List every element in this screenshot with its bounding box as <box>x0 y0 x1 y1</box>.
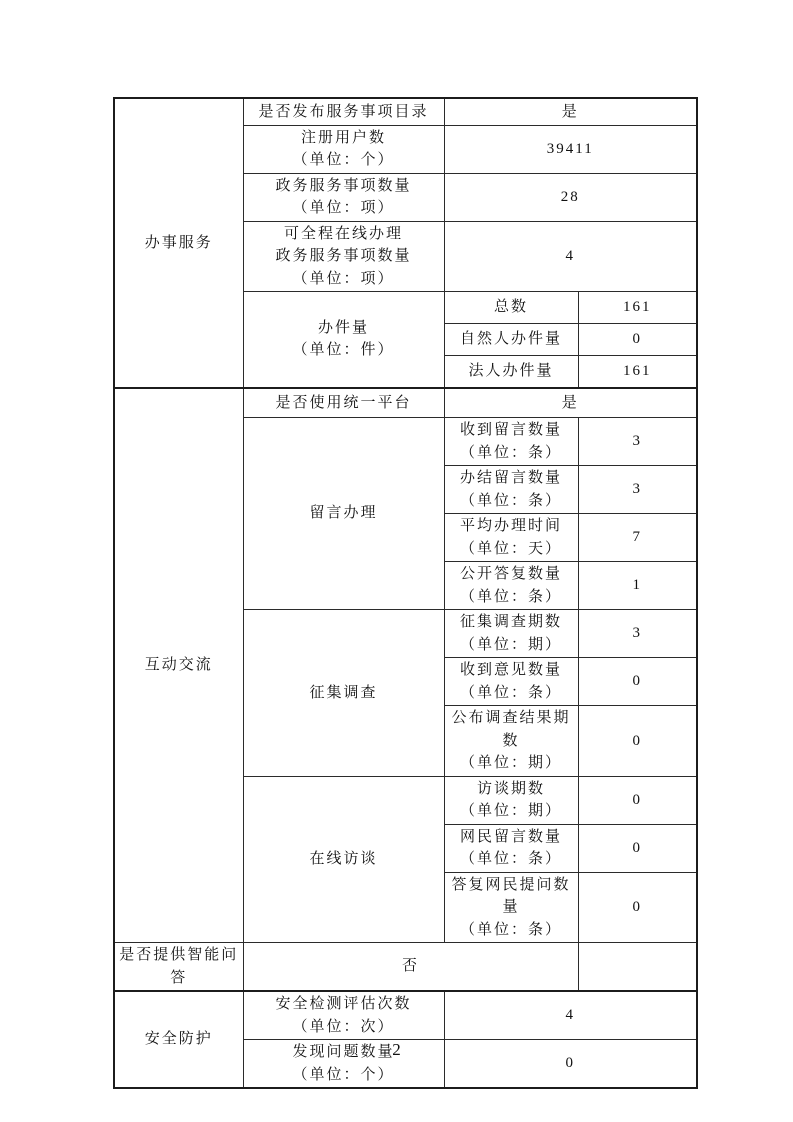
subitem-label: 征集调查期数 <box>447 611 576 634</box>
item-label: 注册用户数 <box>246 127 442 150</box>
item-label-cell: 征集调查 <box>243 610 444 777</box>
item-label: 是否发布服务事项目录 <box>246 101 442 124</box>
item-label-cell: 留言办理 <box>243 418 444 610</box>
subitem-value-cell: 0 <box>578 658 697 706</box>
subitem-label: 网民留言数量 <box>447 826 576 849</box>
subitem-unit: （单位：期） <box>447 752 576 775</box>
subitem-label: 收到意见数量 <box>447 659 576 682</box>
item-label-cell: 是否使用统一平台 <box>243 388 444 418</box>
subitem-label-cell: 总数 <box>444 292 578 324</box>
subitem-label: 平均办理时间 <box>447 515 576 538</box>
subitem-value-cell: 3 <box>578 466 697 514</box>
item-unit: （单位：次） <box>246 1016 442 1039</box>
subitem-value-cell: 3 <box>578 418 697 466</box>
subitem-label: 答复网民提问数量 <box>447 874 576 919</box>
item-label-cell: 政务服务事项数量 （单位：项） <box>243 173 444 221</box>
item-label: 政务服务事项数量 <box>246 175 442 198</box>
item-label-cell: 是否发布服务事项目录 <box>243 98 444 125</box>
subitem-label: 公布调查结果期数 <box>447 707 576 752</box>
subitem-value-cell: 0 <box>578 706 697 777</box>
item-label: 在线访谈 <box>246 848 442 871</box>
item-unit: （单位：项） <box>246 268 442 291</box>
subitem-label: 法人办件量 <box>447 360 576 383</box>
subitem-label-cell: 答复网民提问数量 （单位：条） <box>444 872 578 943</box>
subitem-label-cell: 网民留言数量 （单位：条） <box>444 824 578 872</box>
item-label: 可全程在线办理 <box>246 223 442 246</box>
subitem-unit: （单位：期） <box>447 634 576 657</box>
item-label-cell: 在线访谈 <box>243 776 444 943</box>
table-row: 安全防护 安全检测评估次数 （单位：次） 4 <box>114 991 697 1040</box>
section-service-handling: 办事服务 是否发布服务事项目录 是 注册用户数 （单位：个） 39411 政务服… <box>114 98 697 388</box>
item-value-cell: 4 <box>444 221 697 292</box>
subitem-label: 公开答复数量 <box>447 563 576 586</box>
item-label-cell: 注册用户数 （单位：个） <box>243 125 444 173</box>
subitem-unit: （单位：条） <box>447 586 576 609</box>
annual-report-table: 办事服务 是否发布服务事项目录 是 注册用户数 （单位：个） 39411 政务服… <box>113 97 698 1089</box>
subitem-label: 办结留言数量 <box>447 467 576 490</box>
subitem-label-cell: 平均办理时间 （单位：天） <box>444 514 578 562</box>
subitem-label-cell: 访谈期数 （单位：期） <box>444 776 578 824</box>
item-label-cell: 办件量 （单位：件） <box>243 292 444 388</box>
item-value-cell: 28 <box>444 173 697 221</box>
table-row: 是否提供智能问答 否 <box>114 943 697 992</box>
subitem-value-cell: 161 <box>578 292 697 324</box>
item-value-cell: 4 <box>444 991 697 1040</box>
section-interaction: 互动交流 是否使用统一平台 是 留言办理 收到留言数量 （单位：条） 3 办结留… <box>114 388 697 992</box>
item-unit: （单位：个） <box>246 149 442 172</box>
subitem-label-cell: 征集调查期数 （单位：期） <box>444 610 578 658</box>
subitem-label-cell: 自然人办件量 <box>444 324 578 356</box>
subitem-value-cell: 3 <box>578 610 697 658</box>
subitem-label-cell: 收到意见数量 （单位：条） <box>444 658 578 706</box>
item-label: 安全检测评估次数 <box>246 993 442 1016</box>
subitem-label-cell: 公布调查结果期数 （单位：期） <box>444 706 578 777</box>
item-label: 是否提供智能问答 <box>117 944 241 989</box>
subitem-unit: （单位：条） <box>447 848 576 871</box>
item-value-cell: 是 <box>444 388 697 418</box>
item-unit: （单位：项） <box>246 197 442 220</box>
item-label-line2: 政务服务事项数量 <box>246 245 442 268</box>
category-cell-interaction: 互动交流 <box>114 388 243 943</box>
document-page: 办事服务 是否发布服务事项目录 是 注册用户数 （单位：个） 39411 政务服… <box>0 0 793 1122</box>
item-unit: （单位：件） <box>246 339 442 362</box>
item-label: 留言办理 <box>246 502 442 525</box>
item-label: 是否使用统一平台 <box>246 392 442 415</box>
item-value-cell: 是 <box>444 98 697 125</box>
subitem-label: 访谈期数 <box>447 778 576 801</box>
subitem-unit: （单位：条） <box>447 442 576 465</box>
subitem-unit: （单位：条） <box>447 490 576 513</box>
item-label: 征集调查 <box>246 682 442 705</box>
page-number: 2 <box>0 1040 793 1060</box>
item-unit: （单位：个） <box>246 1064 442 1087</box>
table-row: 互动交流 是否使用统一平台 是 <box>114 388 697 418</box>
subitem-label: 自然人办件量 <box>447 328 576 351</box>
subitem-value-cell: 0 <box>578 324 697 356</box>
item-label-cell: 可全程在线办理 政务服务事项数量 （单位：项） <box>243 221 444 292</box>
subitem-label-cell: 收到留言数量 （单位：条） <box>444 418 578 466</box>
subitem-value-cell: 0 <box>578 872 697 943</box>
subitem-value-cell: 161 <box>578 356 697 388</box>
subitem-value-cell: 0 <box>578 824 697 872</box>
subitem-label-cell: 办结留言数量 （单位：条） <box>444 466 578 514</box>
subitem-unit: （单位：条） <box>447 919 576 942</box>
subitem-unit: （单位：期） <box>447 800 576 823</box>
subitem-value-cell: 1 <box>578 562 697 610</box>
subitem-label: 总数 <box>447 296 576 319</box>
item-label: 办件量 <box>246 317 442 340</box>
item-value-cell: 否 <box>243 943 578 992</box>
subitem-label-cell: 公开答复数量 （单位：条） <box>444 562 578 610</box>
item-value-cell: 39411 <box>444 125 697 173</box>
subitem-unit: （单位：条） <box>447 682 576 705</box>
subitem-label: 收到留言数量 <box>447 419 576 442</box>
item-label-cell: 安全检测评估次数 （单位：次） <box>243 991 444 1040</box>
subitem-value-cell: 7 <box>578 514 697 562</box>
subitem-value-cell: 0 <box>578 776 697 824</box>
item-label-cell: 是否提供智能问答 <box>114 943 243 992</box>
subitem-unit: （单位：天） <box>447 538 576 561</box>
category-cell-service: 办事服务 <box>114 98 243 388</box>
subitem-label-cell: 法人办件量 <box>444 356 578 388</box>
table-row: 办事服务 是否发布服务事项目录 是 <box>114 98 697 125</box>
